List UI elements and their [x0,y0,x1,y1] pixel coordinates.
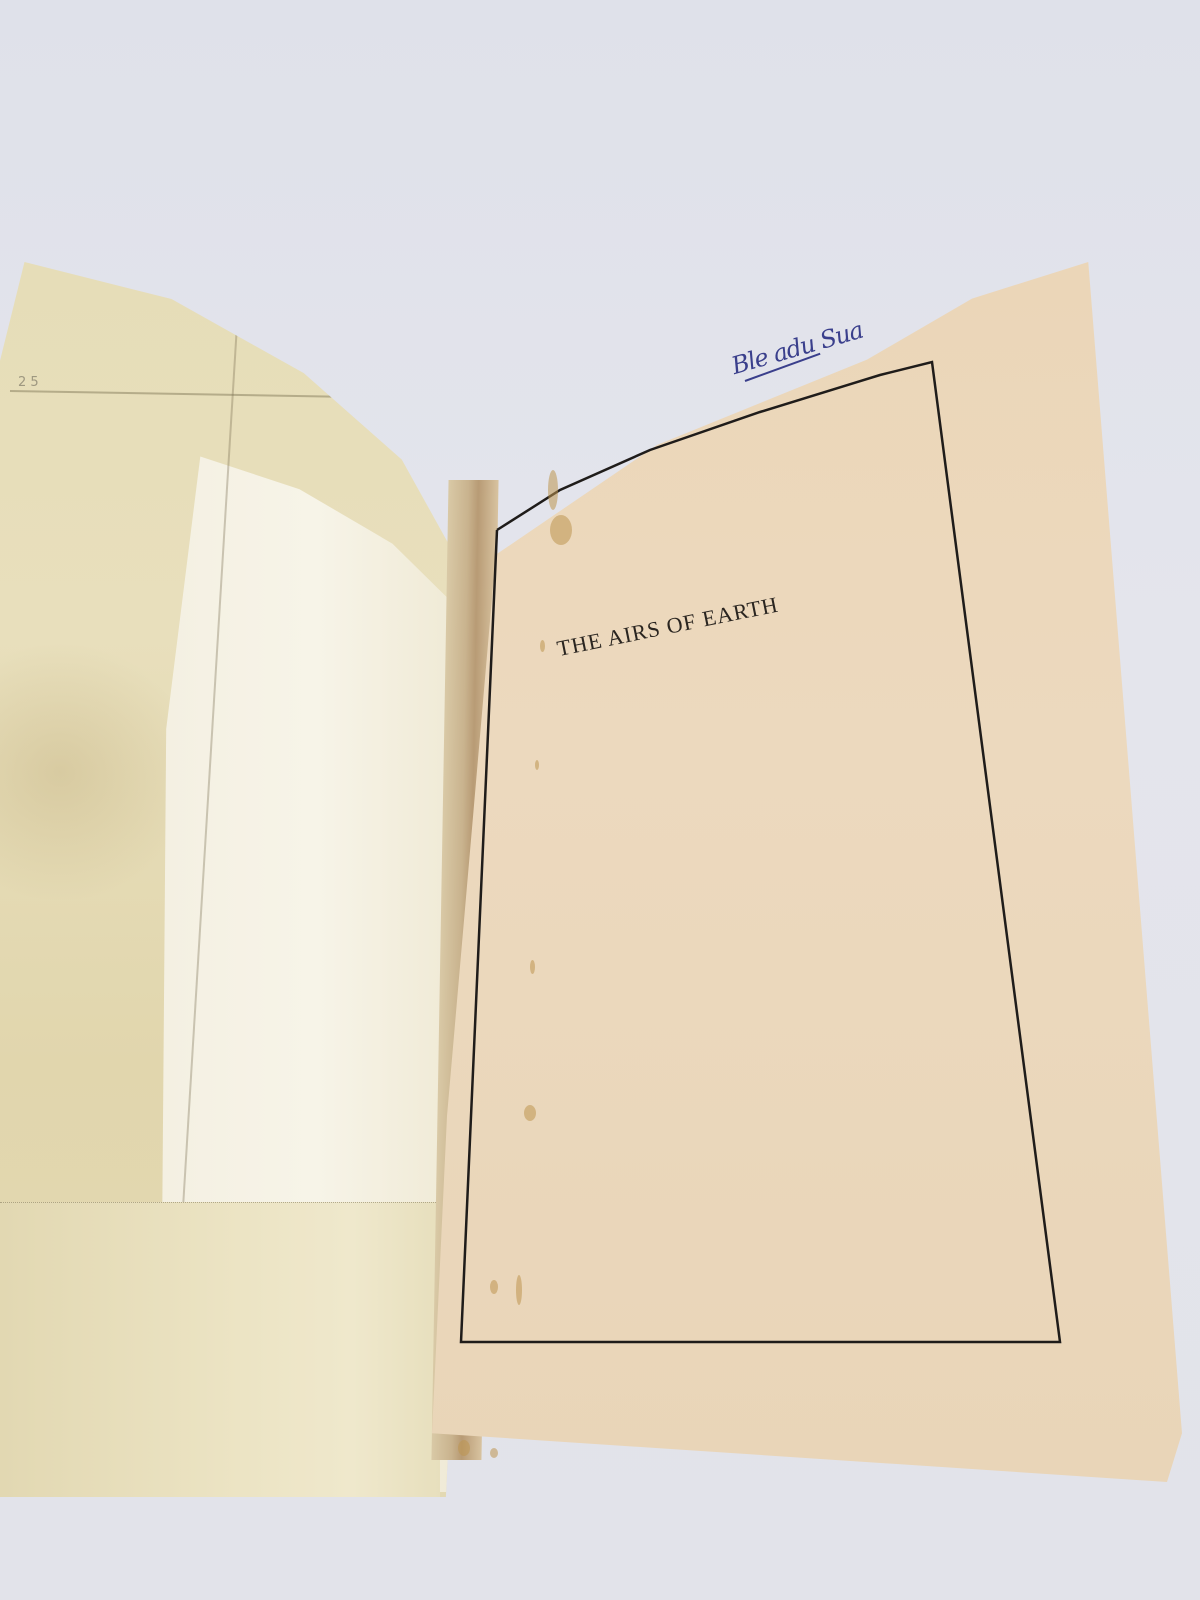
foxing-spot [524,1105,536,1121]
left-endpaper: 2 5 [0,262,490,1497]
foxing-spot [550,515,572,545]
foxing-spot [530,960,535,974]
foxing-spot [490,1448,498,1458]
half-title-page [432,262,1182,1482]
foxing-spot [516,1275,522,1305]
book-photo: 2 5 Ble adu Sua THE AIRS OF EARTH [0,0,1200,1600]
foxing-spot [458,1440,470,1456]
foxing-spot [490,1280,498,1294]
foxing-spot [540,640,545,652]
pencil-note: 2 5 [18,375,39,390]
foxing-spot [548,470,558,510]
tape-edge-horizontal [10,390,470,400]
tape-strip-bottom [0,1202,440,1503]
foxing-spot [535,760,539,770]
